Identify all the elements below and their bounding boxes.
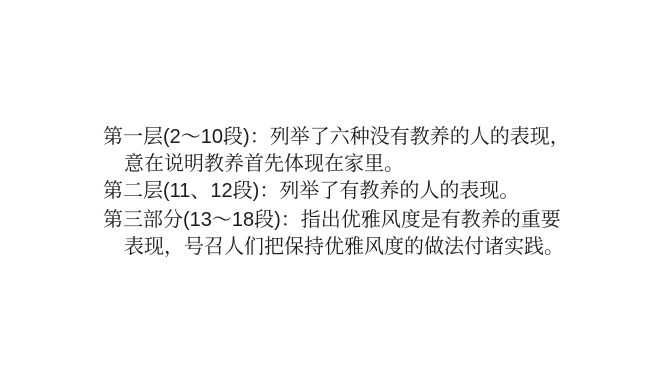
outline-text-block: 第一层(2～10段)：列举了六种没有教养的人的表现， 意在说明教养首先体现在家里… xyxy=(103,124,570,261)
outline-line-1-first-layer: 第一层(2～10段)：列举了六种没有教养的人的表现， xyxy=(103,124,570,151)
outline-line-4-third-part: 第三部分(13～18段)：指出优雅风度是有教养的重要 xyxy=(103,207,570,234)
outline-line-3-second-layer: 第二层(11、12段)：列举了有教养的人的表现。 xyxy=(103,178,570,205)
outline-line-5-third-part-continuation: 表现，号召人们把保持优雅风度的做法付诸实践。 xyxy=(124,234,570,261)
outline-line-2-first-layer-continuation: 意在说明教养首先体现在家里。 xyxy=(124,151,570,178)
slide-canvas: 第一层(2～10段)：列举了六种没有教养的人的表现， 意在说明教养首先体现在家里… xyxy=(0,0,668,376)
